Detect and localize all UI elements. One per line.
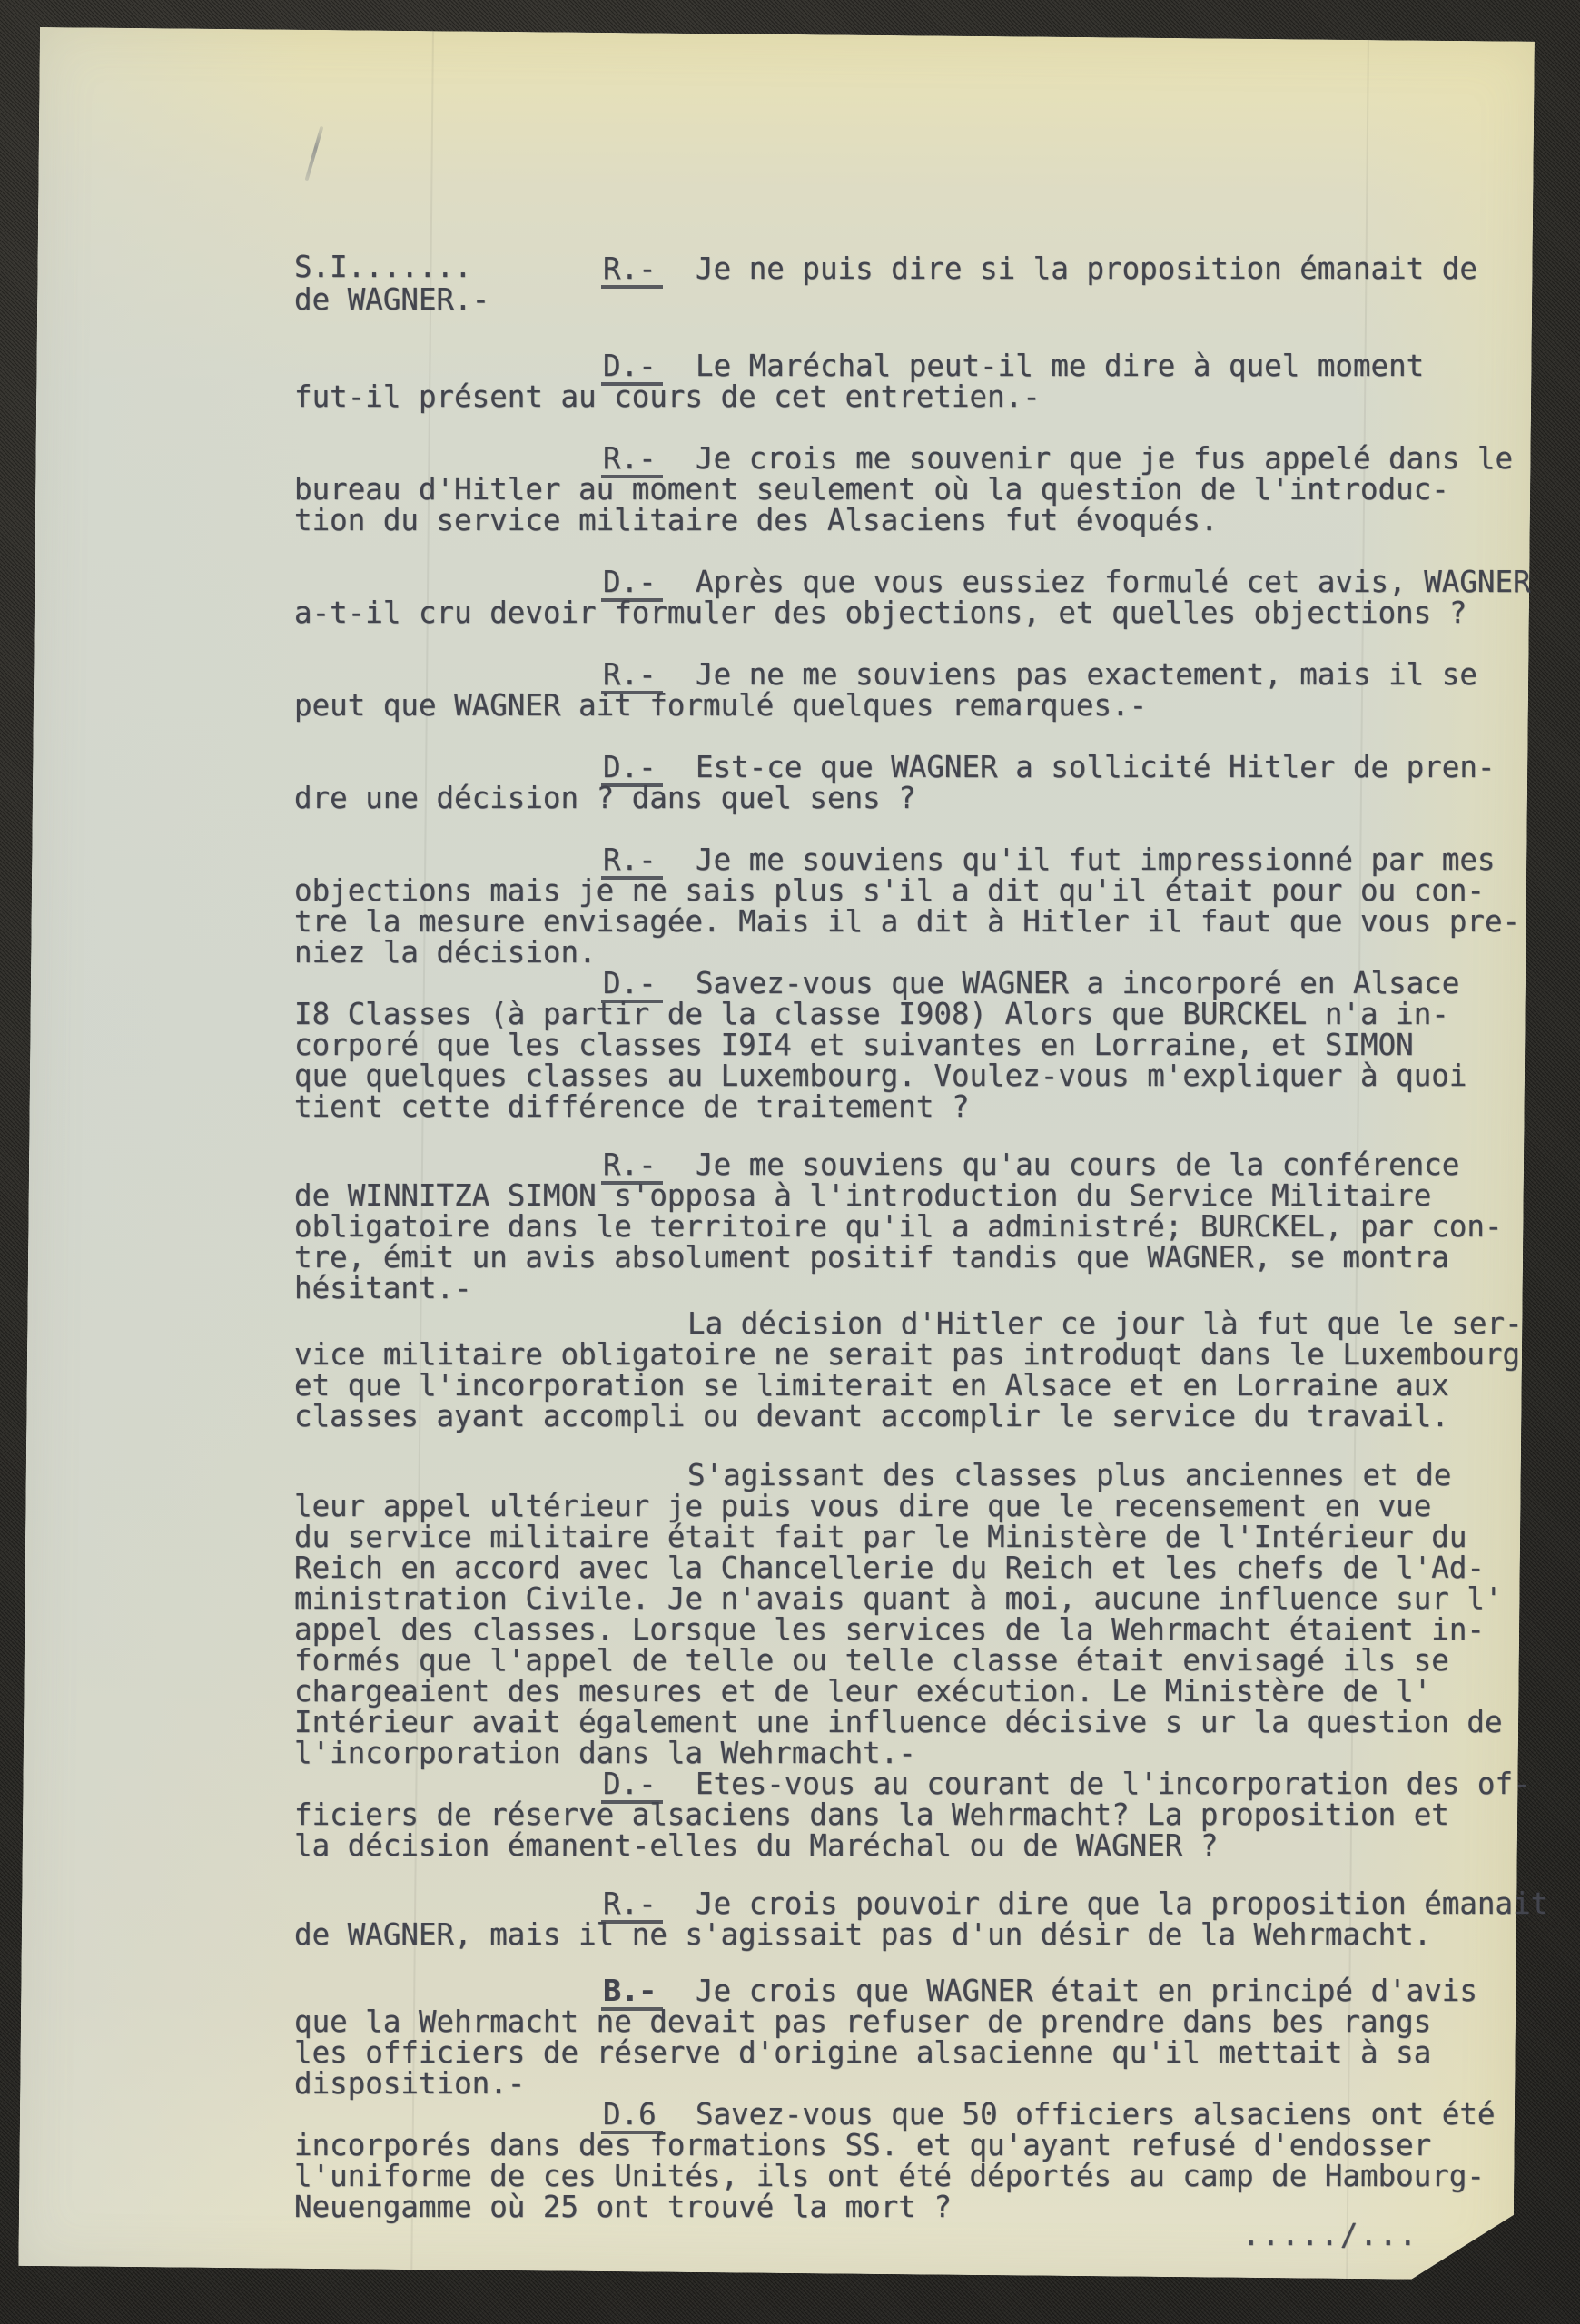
typed-line: vice militaire obligatoire ne serait pas… [294,1339,1520,1370]
typed-line: tient cette différence de traitement ? [294,1091,970,1122]
typed-line: classes ayant accompli ou devant accompl… [294,1401,1449,1432]
typed-line-text: Je ne puis dire si la proposition émanai… [696,251,1477,286]
typed-line: tre, émit un avis absolument positif tan… [294,1242,1449,1273]
typed-line: chargeaient des mesures et de leur exécu… [294,1676,1431,1707]
typed-line: que quelques classes au Luxembourg. Voul… [294,1060,1466,1091]
speaker-label-text: R.- [601,253,663,289]
typed-line-text: Le Maréchal peut-il me dire à quel momen… [696,349,1424,383]
typed-line: leur appel ultérieur je puis vous dire q… [294,1491,1431,1521]
typed-line: hésitant.- [294,1273,472,1304]
typed-line: que la Wehrmacht ne devait pas refuser d… [294,2006,1431,2037]
typed-line-text: Savez-vous que WAGNER a incorporé en Als… [696,966,1459,1000]
typed-line: ministration Civile. Je n'avais quant à … [294,1583,1503,1614]
continuation-mark: ...../... [1242,2220,1418,2250]
typed-line: I8 Classes (à partir de la classe I908) … [294,999,1449,1029]
typed-line: a-t-il cru devoir formuler des objection… [294,597,1466,628]
typed-line: et que l'incorporation se limiterait en … [294,1370,1449,1401]
typed-line: S'agissant des classes plus anciennes et… [687,1460,1451,1491]
typed-line-text: Je crois me souvenir que je fus appelé d… [696,441,1513,476]
typed-line: corporé que les classes I9I4 et suivante… [294,1029,1414,1060]
typed-line-text: Est-ce que WAGNER a sollicité Hitler de … [696,750,1496,784]
speaker-label: R.- [603,253,696,289]
typed-line: obligatoire dans le territoire qu'il a a… [294,1211,1503,1242]
typed-line: dre une décision ? dans quel sens ? [294,783,916,813]
typed-line: les officiers de réserve d'origine alsac… [294,2037,1431,2068]
typed-line: ficiers de réserve alsaciens dans la Weh… [294,1799,1449,1830]
typed-line: fut-il présent au cours de cet entretien… [294,381,1041,412]
typed-line-labeled: R.-Je ne puis dire si la proposition éma… [603,253,1477,289]
typed-line: objections mais je ne sais plus s'il a d… [294,875,1485,906]
typed-line: La décision d'Hitler ce jour là fut que … [687,1308,1523,1339]
typed-line: niez la décision. [294,937,597,968]
typed-line: bureau d'Hitler au moment seulement où l… [294,474,1449,505]
typed-line-text: Après que vous eussiez formulé cet avis,… [696,565,1531,599]
typed-line: l'uniforme de ces Unités, ils ont été dé… [294,2161,1485,2191]
typed-line-text: Je crois pouvoir dire que la proposition… [696,1886,1548,1921]
typed-line: disposition.- [294,2068,525,2099]
typed-line-text: Savez-vous que 50 officiers alsaciens on… [696,2097,1496,2132]
typed-text-layer: S.I.......R.-Je ne puis dire si la propo… [0,0,1580,2324]
typed-line: la décision émanent-elles du Maréchal ou… [294,1830,1218,1861]
typed-line: peut que WAGNER ait formulé quelques rem… [294,690,1147,721]
typed-line: du service militaire était fait par le M… [294,1521,1466,1552]
typed-line: incorporés dans des formations SS. et qu… [294,2130,1431,2161]
typed-line-text: Je me souviens qu'au cours de la confére… [696,1147,1459,1182]
typed-line: Intérieur avait également une influence … [294,1707,1503,1738]
typed-line-text: Je me souviens qu'il fut impressionné pa… [696,842,1496,877]
typed-line: tion du service militaire des Alsaciens … [294,505,1218,536]
typed-line-text: Je ne me souviens pas exactement, mais i… [696,657,1477,692]
typed-line: l'incorporation dans la Wehrmacht.- [294,1738,916,1768]
typed-line: Reich en accord avec la Chancellerie du … [294,1552,1485,1583]
typed-line: de WAGNER.- [294,284,489,315]
scanned-document: S.I.......R.-Je ne puis dire si la propo… [0,0,1580,2324]
typed-line: de WAGNER, mais il ne s'agissait pas d'u… [294,1919,1431,1950]
typed-line: S.I....... [294,251,472,282]
typed-line: appel des classes. Lorsque les services … [294,1614,1485,1645]
typed-line: tre la mesure envisagée. Mais il a dit à… [294,906,1520,937]
typed-line: de WINNITZA SIMON s'opposa à l'introduct… [294,1180,1431,1211]
typed-line: Neuengamme où 25 ont trouvé la mort ? [294,2191,952,2222]
typed-line-text: Etes-vous au courant de l'incorporation … [696,1767,1531,1801]
typed-line-text: Je crois que WAGNER était en principé d'… [696,1974,1477,2008]
typed-line: formés que l'appel de telle ou telle cla… [294,1645,1449,1676]
